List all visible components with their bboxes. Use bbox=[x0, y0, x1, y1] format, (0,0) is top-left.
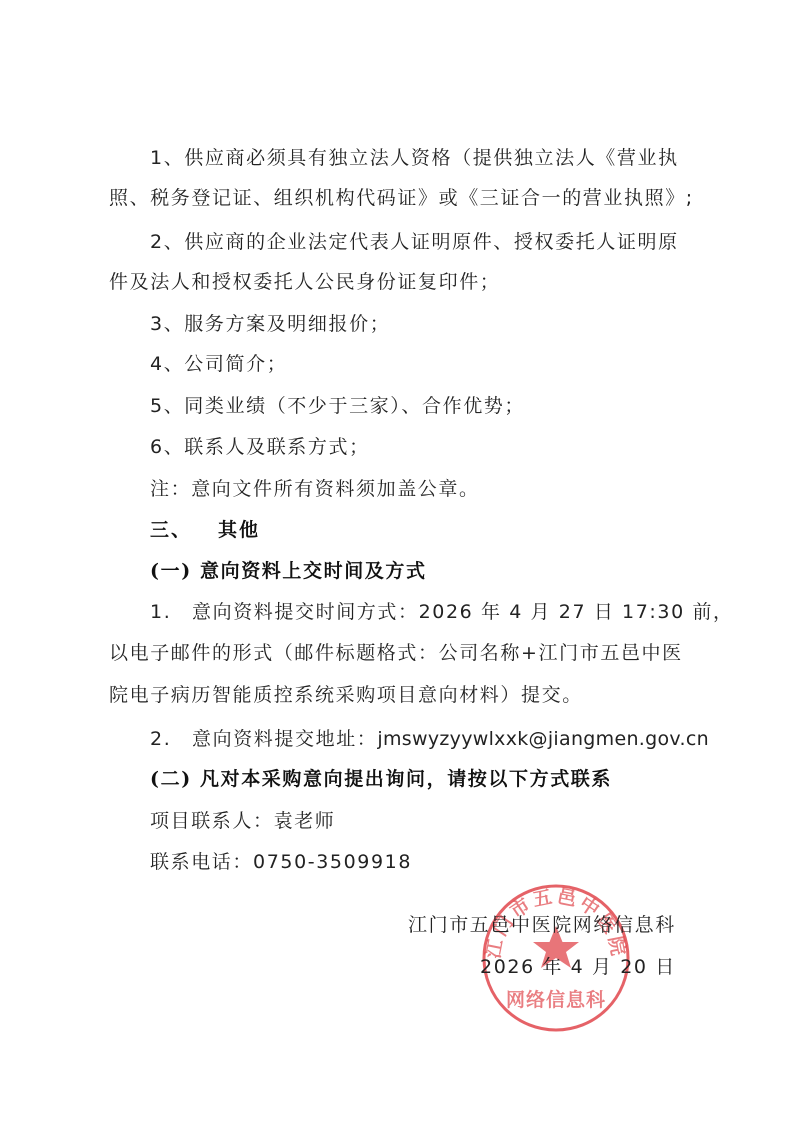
requirement-2-line-2: 件及法人和授权委托人公民身份证复印件； bbox=[109, 270, 500, 294]
subsection-one-item-1-line-3: 院电子病历智能质控系统采购项目意向材料）提交。 bbox=[109, 683, 583, 707]
item-2-number: 2. bbox=[150, 727, 192, 751]
signature-date: 2026 年 4 月 20 日 bbox=[480, 955, 676, 979]
contact-phone: 联系电话：0750-3509918 bbox=[150, 850, 412, 874]
submission-email: jmswyzyywlxxk@jiangmen.gov.cn bbox=[377, 728, 709, 750]
signature-organization: 江门市五邑中医院网络信息科 bbox=[408, 913, 676, 937]
section-three-title: 其他 bbox=[218, 519, 260, 541]
document-page: 1、供应商必须具有独立法人资格（提供独立法人《营业执 照、税务登记证、组织机构代… bbox=[0, 0, 793, 1122]
requirement-1-line-1: 1、供应商必须具有独立法人资格（提供独立法人《营业执 bbox=[150, 146, 679, 170]
requirement-5: 5、同类业绩（不少于三家）、合作优势； bbox=[150, 394, 525, 418]
requirement-2-line-1: 2、供应商的企业法定代表人证明原件、授权委托人证明原 bbox=[150, 230, 679, 254]
subsection-one-item-1-line-2: 以电子邮件的形式（邮件标题格式：公司名称+江门市五邑中医 bbox=[109, 641, 683, 665]
subsection-one-item-1-line-1: 1.意向资料提交时间方式：2026 年 4 月 27 日 17:30 前， bbox=[150, 600, 734, 624]
requirement-1-line-2: 照、税务登记证、组织机构代码证》或《三证合一的营业执照》; bbox=[109, 186, 694, 210]
item-2-label: 意向资料提交地址： bbox=[192, 728, 377, 750]
subsection-one-title: (一) 意向资料上交时间及方式 bbox=[150, 559, 427, 583]
item-1-text: 意向资料提交时间方式：2026 年 4 月 27 日 17:30 前， bbox=[192, 601, 734, 623]
section-three-number: 三、 bbox=[150, 518, 218, 542]
item-1-number: 1. bbox=[150, 600, 192, 624]
requirement-6: 6、联系人及联系方式； bbox=[150, 435, 370, 459]
requirement-3: 3、服务方案及明细报价； bbox=[150, 312, 390, 336]
section-three-heading: 三、其他 bbox=[150, 518, 260, 542]
subsection-one-item-2: 2.意向资料提交地址：jmswyzyywlxxk@jiangmen.gov.cn bbox=[150, 727, 709, 751]
note-text: 注：意向文件所有资料须加盖公章。 bbox=[150, 477, 480, 501]
requirement-4: 4、公司简介； bbox=[150, 352, 287, 376]
subsection-two-title: (二) 凡对本采购意向提出询问，请按以下方式联系 bbox=[150, 767, 612, 791]
stamp-center-text: 网络信息科 bbox=[506, 988, 606, 1011]
contact-person: 项目联系人：袁老师 bbox=[150, 809, 335, 833]
